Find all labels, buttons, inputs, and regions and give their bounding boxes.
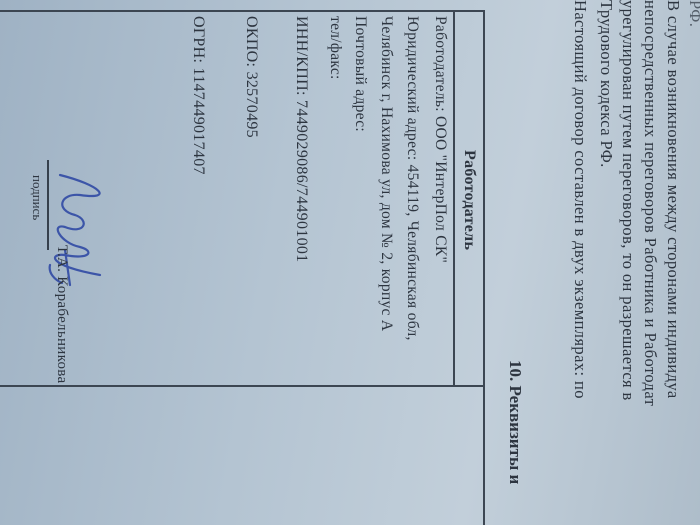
ogrn: ОГРН: 1147449017407 (189, 16, 207, 175)
handwritten-signature (30, 165, 120, 295)
phone-fax: тел/факс: (326, 16, 344, 80)
inn-kpp: ИНН/КПП: 7449029086/744901001 (292, 16, 310, 262)
table-border-left (0, 10, 485, 12)
paragraph-line: непосредственных переговоров Работника и… (640, 0, 660, 406)
legal-address-cont: Челябинск г, Нахимова ул, дом № 2, корпу… (377, 16, 395, 331)
section-heading: 10. Реквизиты и (505, 360, 525, 484)
table-column-divider (0, 385, 485, 387)
legal-address: Юридический адрес: 454119, Челябинская о… (403, 16, 421, 341)
paragraph-line: урегулирован путем переговоров, то он ра… (618, 0, 638, 401)
okpo: ОКПО: 32570495 (242, 16, 260, 138)
rotated-document-page: РФ. В случае возникновения между сторона… (0, 0, 700, 525)
employer-name: Работодатель: ООО "ИнтерПол СК" (431, 16, 449, 263)
signatory-name: Т.А. Корабельникова (53, 245, 70, 383)
postal-address: Почтовый адрес: (351, 16, 369, 132)
employer-header: Работодатель (460, 150, 478, 250)
final-paragraph: Настоящий договор составлен в двух экзем… (570, 0, 590, 399)
paragraph-line: В случае возникновения между сторонами и… (663, 0, 683, 399)
paragraph-line: Трудового кодекса РФ. (596, 0, 616, 168)
table-border-top (484, 10, 486, 525)
paragraph-line: РФ. (685, 0, 700, 27)
table-header-divider (454, 10, 456, 385)
